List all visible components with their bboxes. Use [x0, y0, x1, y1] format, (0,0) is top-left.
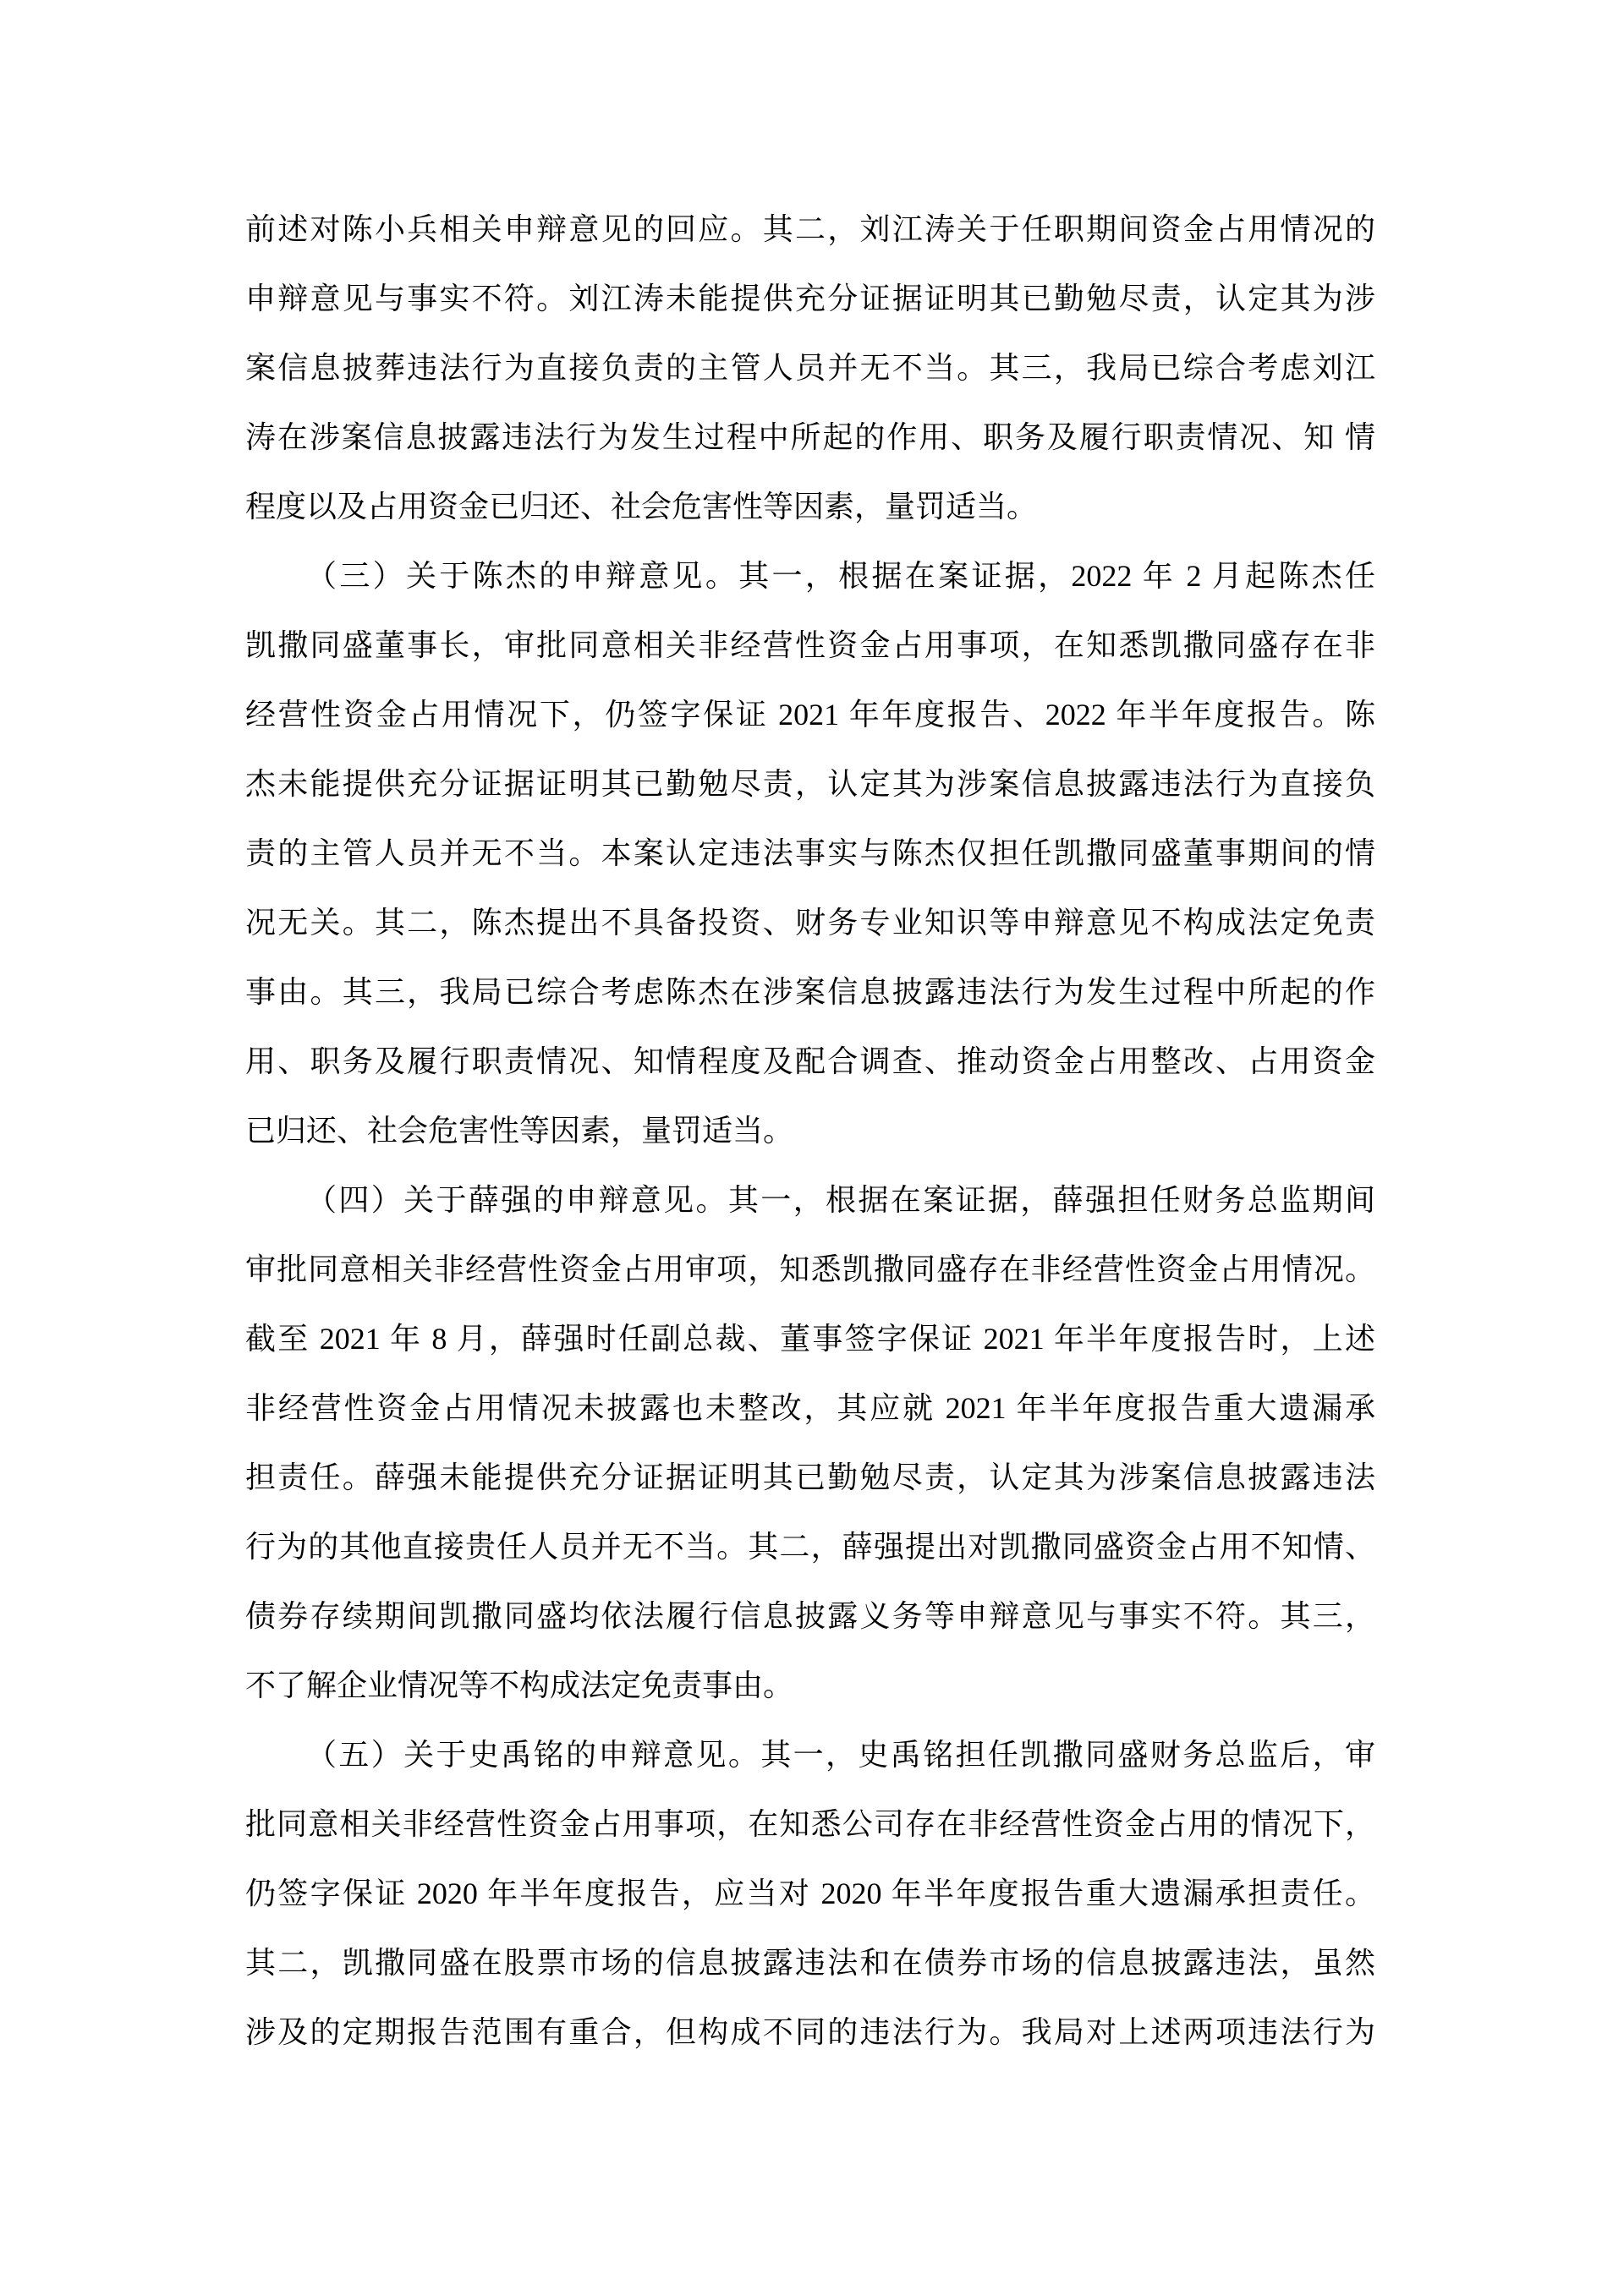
document-line: 申辩意见与事实不符。刘江涛未能提供充分证据证明其已勤勉尽责，认定其为涉: [245, 264, 1375, 333]
document-line: 批同意相关非经营性资金占用事项，在知悉公司存在非经营性资金占用的情况下，: [245, 1789, 1375, 1859]
document-line: 用、职务及履行职责情况、知情程度及配合调查、推动资金占用整改、占用资金: [245, 1027, 1375, 1096]
document-line: 程度以及占用资金已归还、社会危害性等因素，量罚适当。: [245, 472, 1375, 541]
document-line: 债券存续期间凯撒同盛均依法履行信息披露义务等申辩意见与事实不符。其三，: [245, 1581, 1375, 1651]
document-text-block: 前述对陈小兵相关申辩意见的回应。其二，刘江涛关于任职期间资金占用情况的 申辩意见…: [245, 195, 1375, 2067]
document-line: 凯撒同盛董事长，审批同意相关非经营性资金占用事项，在知悉凯撒同盛存在非: [245, 611, 1375, 680]
document-line: 仍签字保证 2020 年半年度报告，应当对 2020 年半年度报告重大遗漏承担责…: [245, 1859, 1375, 1928]
document-line: 审批同意相关非经营性资金占用审项，知悉凯撒同盛存在非经营性资金占用情况。: [245, 1235, 1375, 1304]
document-line: 况无关。其二，陈杰提出不具备投资、财务专业知识等申辩意见不构成法定免责: [245, 888, 1375, 957]
document-line: 前述对陈小兵相关申辩意见的回应。其二，刘江涛关于任职期间资金占用情况的: [245, 195, 1375, 264]
document-line: 行为的其他直接贵任人员并无不当。其二，薛强提出对凯撒同盛资金占用不知情、: [245, 1512, 1375, 1581]
document-line: 责的主管人员并无不当。本案认定违法事实与陈杰仅担任凯撒同盛董事期间的情: [245, 819, 1375, 888]
document-line: 涛在涉案信息披露违法行为发生过程中所起的作用、职务及履行职责情况、知 情: [245, 403, 1375, 472]
document-line: 已归还、社会危害性等因素，量罚适当。: [245, 1096, 1375, 1165]
document-line: 不了解企业情况等不构成法定免责事由。: [245, 1651, 1375, 1720]
document-line: 案信息披葬违法行为直接负责的主管人员并无不当。其三，我局已综合考虑刘江: [245, 333, 1375, 403]
document-page: 前述对陈小兵相关申辩意见的回应。其二，刘江涛关于任职期间资金占用情况的 申辩意见…: [0, 0, 1624, 2296]
document-line: 经营性资金占用情况下，仍签字保证 2021 年年度报告、2022 年半年度报告。…: [245, 680, 1375, 749]
document-line: 事由。其三，我局已综合考虑陈杰在涉案信息披露违法行为发生过程中所起的作: [245, 957, 1375, 1027]
document-line: 涉及的定期报告范围有重合，但构成不同的违法行为。我局对上述两项违法行为: [245, 1997, 1375, 2067]
document-line: 杰未能提供充分证据证明其已勤勉尽责，认定其为涉案信息披露违法行为直接负: [245, 749, 1375, 819]
document-line: 非经营性资金占用情况未披露也未整改，其应就 2021 年半年度报告重大遗漏承: [245, 1373, 1375, 1443]
document-line: 截至 2021 年 8 月，薛强时任副总裁、董事签字保证 2021 年半年度报告…: [245, 1304, 1375, 1373]
document-line: 其二，凯撒同盛在股票市场的信息披露违法和在债券市场的信息披露违法，虽然: [245, 1928, 1375, 1997]
document-line: （三）关于陈杰的申辩意见。其一，根据在案证据，2022 年 2 月起陈杰任: [245, 541, 1375, 611]
document-line: （四）关于薛强的申辩意见。其一，根据在案证据，薛强担任财务总监期间: [245, 1165, 1375, 1235]
document-line: （五）关于史禹铭的申辩意见。其一，史禹铭担任凯撒同盛财务总监后，审: [245, 1720, 1375, 1789]
document-line: 担责任。薛强未能提供充分证据证明其已勤勉尽责，认定其为涉案信息披露违法: [245, 1443, 1375, 1512]
